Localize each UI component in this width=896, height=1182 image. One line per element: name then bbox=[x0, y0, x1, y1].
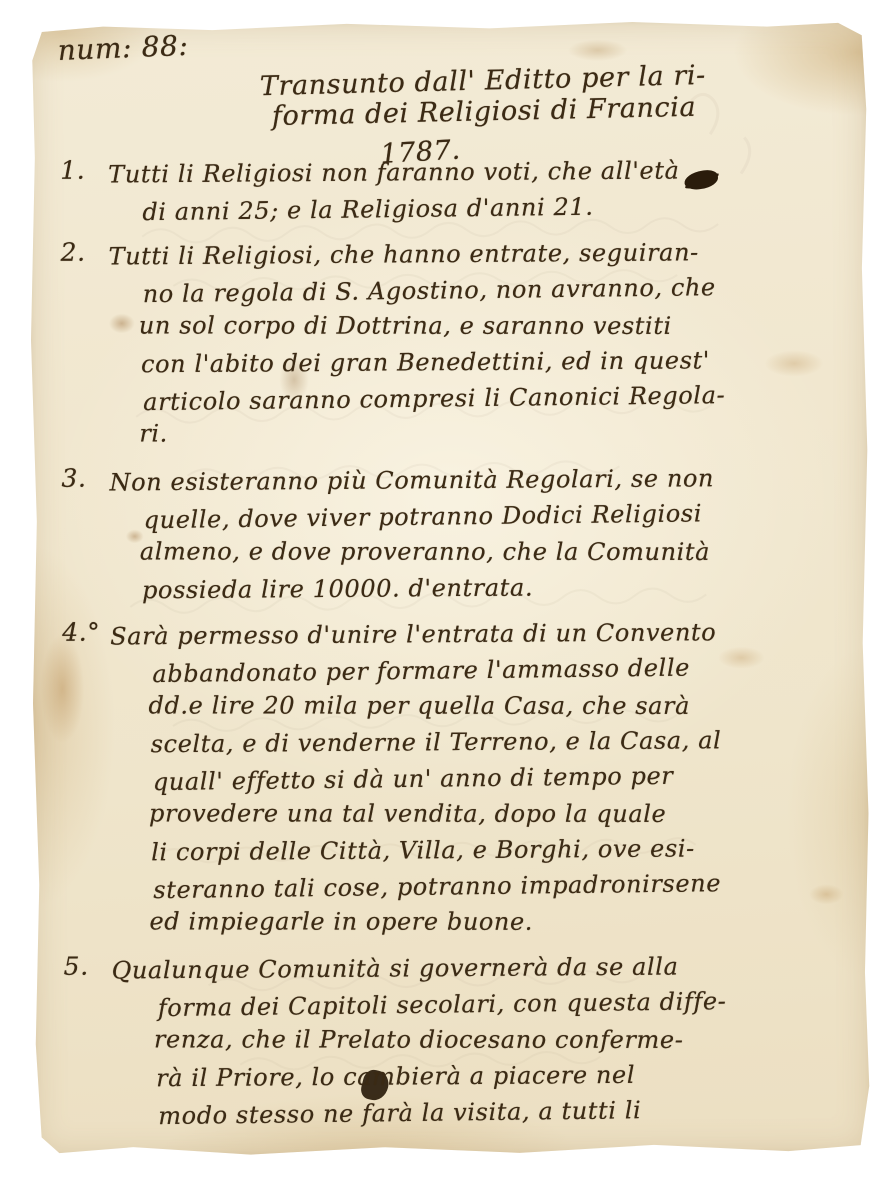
manuscript-line: ri. bbox=[139, 415, 869, 452]
manuscript-line: ed impiegarle in opere buone. bbox=[149, 903, 871, 940]
article-number: 5. bbox=[64, 952, 89, 981]
article-4: 4.°Sarà permesso d'unire l'entrata di un… bbox=[30, 614, 871, 942]
article-1: 1.Tutti li Religiosi non faranno voti, c… bbox=[28, 152, 868, 228]
archive-number: num: 88: bbox=[57, 29, 189, 67]
manuscript-page: num: 88: Transunto dall' Editto per la r… bbox=[28, 18, 873, 1158]
manuscript-line: renza, che il Prelato diocesano conferme… bbox=[154, 1021, 872, 1058]
manuscript-line: provedere una tal vendita, dopo la quale bbox=[149, 795, 871, 832]
document-title: Transunto dall' Editto per la ri- forma … bbox=[28, 62, 868, 159]
manuscript-line: steranno tali cose, potranno impadronirs… bbox=[153, 863, 875, 908]
manuscript-line: modo stesso ne farà la visita, a tutti l… bbox=[158, 1089, 876, 1134]
manuscript-line: quall' effetto si dà un' anno di tempo p… bbox=[153, 755, 875, 800]
article-list: 1.Tutti li Religiosi non faranno voti, c… bbox=[28, 152, 872, 1142]
article-number: 2. bbox=[60, 238, 85, 267]
article-5: 5.Qualunque Comunità si governerà da se … bbox=[32, 948, 873, 1132]
manuscript-line: forma dei Capitoli secolari, con questa … bbox=[158, 981, 876, 1026]
manuscript-line: quelle, dove viver potranno Dodici Relig… bbox=[143, 493, 873, 538]
manuscript-line: possieda lire 10000. d'entrata. bbox=[142, 567, 872, 608]
handwriting-layer: num: 88: Transunto dall' Editto per la r… bbox=[28, 18, 873, 1158]
manuscript-line: almeno, e dove proveranno, che la Comuni… bbox=[140, 533, 870, 570]
article-3: 3.Non esisteranno più Comunità Regolari,… bbox=[29, 460, 870, 608]
article-2: 2.Tutti li Religiosi, che hanno entrate,… bbox=[28, 234, 869, 454]
manuscript-line: di anni 25; e la Religiosa d'anni 21. bbox=[142, 185, 872, 230]
manuscript-line: articolo saranno compresi li Canonici Re… bbox=[143, 375, 873, 420]
article-number: 4.° bbox=[62, 618, 100, 647]
manuscript-line: dd.e lire 20 mila per quella Casa, che s… bbox=[148, 687, 870, 724]
manuscript-line: no la regola di S. Agostino, non avranno… bbox=[143, 267, 873, 312]
article-number: 1. bbox=[60, 156, 85, 185]
manuscript-line: un sol corpo di Dottrina, e saranno vest… bbox=[139, 307, 869, 344]
manuscript-line: abbandonato per formare l'ammasso delle bbox=[152, 647, 874, 692]
article-number: 3. bbox=[61, 464, 86, 493]
